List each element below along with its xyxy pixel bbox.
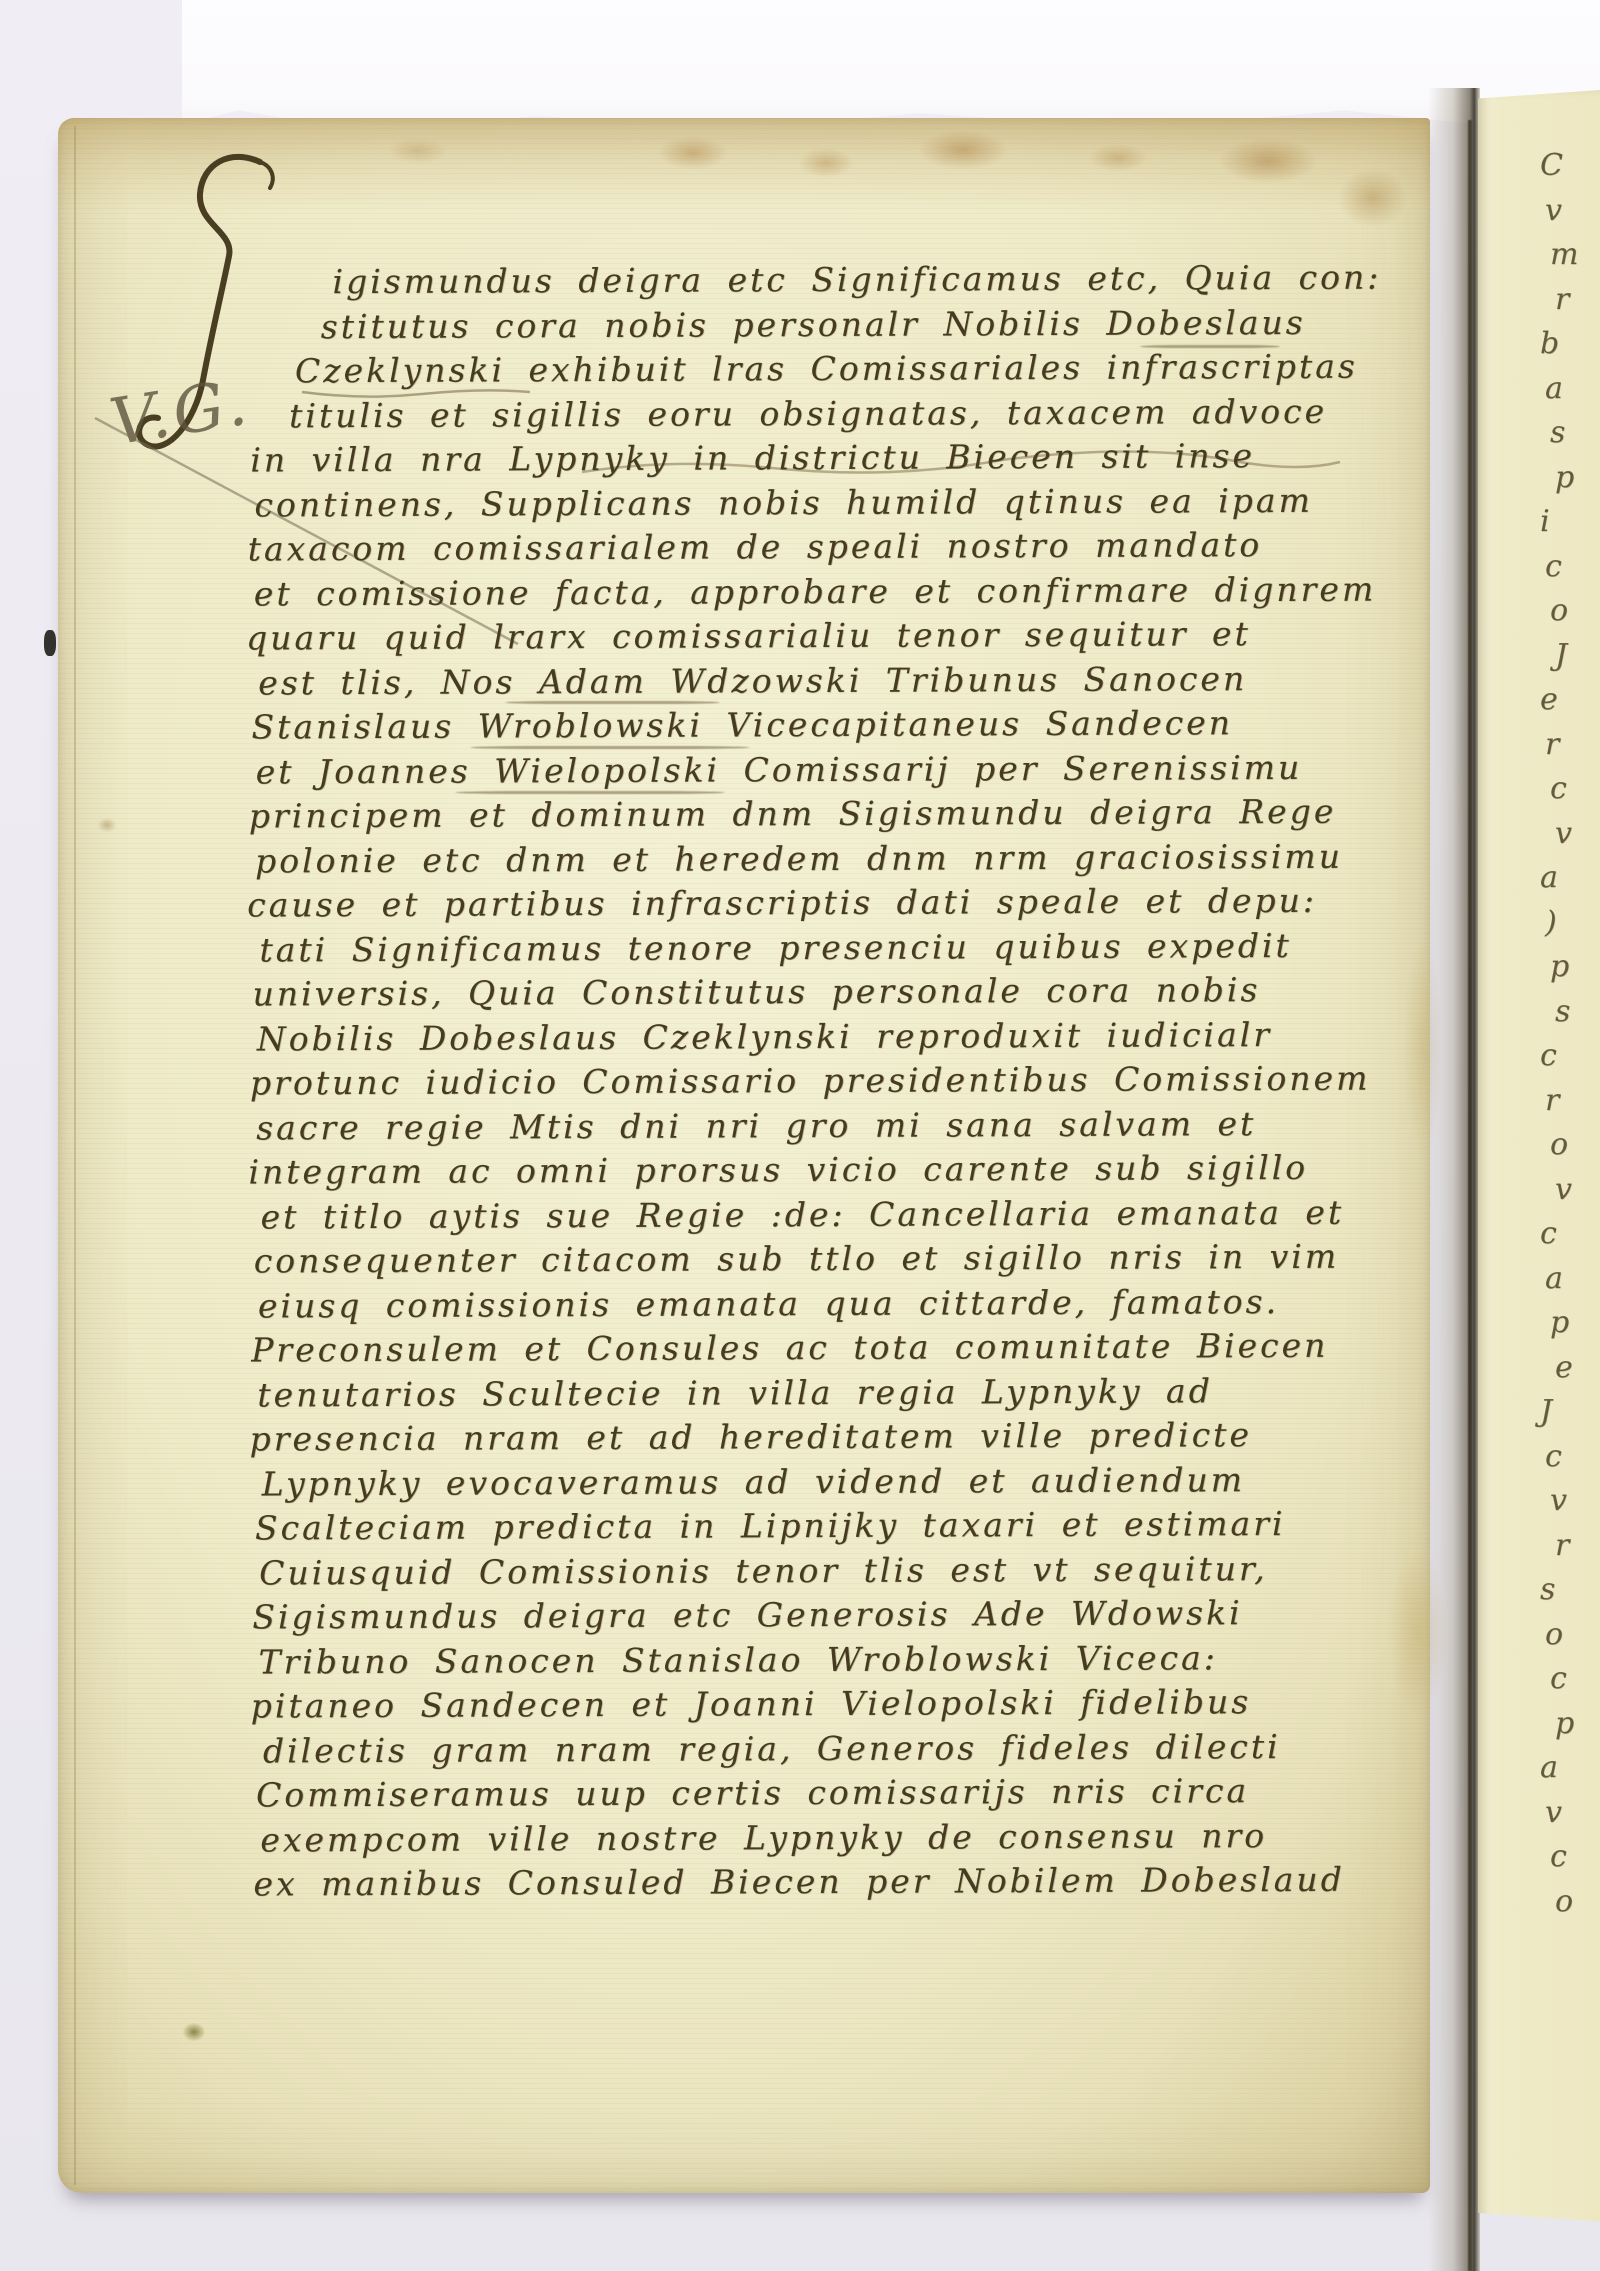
- facing-page-fragment: c: [1545, 1439, 1562, 1474]
- facing-page-fragment: p: [1555, 1706, 1574, 1741]
- facing-page-fragment: v: [1545, 193, 1562, 228]
- facing-page-fragment: r: [1545, 1083, 1559, 1118]
- facing-page-fragment: o: [1550, 1127, 1568, 1162]
- facing-page-fragment: a: [1545, 371, 1563, 406]
- manuscript-line: integram ac omni prorsus vicio carente s…: [248, 1145, 1408, 1195]
- facing-page-fragment: i: [1540, 504, 1550, 539]
- manuscript-line: tati Significamus tenore presenciu quibu…: [259, 923, 1407, 973]
- facing-page-fragment: m: [1550, 237, 1578, 272]
- manuscript-line: Sigismundus deigra etc Generosis Ade Wdo…: [252, 1590, 1410, 1640]
- manuscript-line: igismundus deigra etc Significamus etc, …: [332, 255, 1404, 304]
- manuscript-line: presencia nram et ad hereditatem ville p…: [249, 1412, 1409, 1462]
- facing-page-fragment: p: [1550, 949, 1569, 984]
- facing-page-fragment: a: [1545, 1261, 1563, 1296]
- facing-page-fragment: r: [1555, 282, 1569, 317]
- facing-page-fragment: o: [1555, 1884, 1573, 1919]
- facing-page-fragment: s: [1550, 415, 1565, 450]
- facing-page-fragment: c: [1550, 1839, 1567, 1874]
- facing-page-fragment: J: [1555, 638, 1567, 673]
- manuscript-line: sacre regie Mtis dni nri gro mi sana sal…: [256, 1101, 1408, 1151]
- manuscript-line: dilectis gram nram regia, Generos fidele…: [263, 1724, 1411, 1774]
- manuscript-text: igismundus deigra etc Significamus etc, …: [244, 255, 1411, 1907]
- manuscript-line: et titlo aytis sue Regie :de: Cancellari…: [260, 1190, 1408, 1240]
- facing-page-fragment: s: [1540, 1572, 1555, 1607]
- facing-page-fragment: v: [1550, 1483, 1567, 1518]
- manuscript-line: exempcom ville nostre Lypnyky de consens…: [260, 1813, 1411, 1863]
- facing-page-fragment: s: [1555, 994, 1570, 1029]
- facing-page-fragment: C: [1540, 148, 1563, 183]
- facing-page-fragment: p: [1550, 1305, 1569, 1340]
- manuscript-line: Tribuno Sanocen Stanislao Wroblowski Vic…: [258, 1635, 1410, 1685]
- facing-page-fragment: a: [1540, 1750, 1558, 1785]
- gutter-crease-line: [1468, 120, 1472, 2271]
- manuscript-line: Nobilis Dobeslaus Czeklynski reproduxit …: [257, 1012, 1408, 1062]
- facing-page-fragment: e: [1555, 1350, 1573, 1385]
- facing-page-fragment: c: [1540, 1038, 1557, 1073]
- manuscript-line: et Joannes Wielopolski Comissarij per Se…: [256, 745, 1407, 795]
- manuscript-line: universis, Quia Constitutus personale co…: [253, 967, 1408, 1017]
- facing-page-fragment: o: [1545, 1617, 1563, 1652]
- manuscript-line: Cuiusquid Comissionis tenor tlis est vt …: [259, 1546, 1410, 1596]
- facing-page-fragment: c: [1545, 549, 1562, 584]
- manuscript-line: in villa nra Lypnyky in districtu Biecen…: [250, 433, 1405, 483]
- facing-page-fragment: ): [1545, 905, 1557, 940]
- facing-page-fragment: r: [1555, 1528, 1569, 1563]
- facing-page-fragment: p: [1555, 460, 1574, 495]
- facing-page-fragment: v: [1545, 1795, 1562, 1830]
- book-gutter: [1428, 88, 1480, 2271]
- facing-page-fragment: b: [1540, 326, 1559, 361]
- manuscript-line: polonie etc dnm et heredem dnm nrm graci…: [255, 834, 1407, 884]
- manuscript-line: Stanislaus Wroblowski Vicecapitaneus San…: [251, 700, 1406, 750]
- manuscript-line: Czeklynski exhibuit lras Comissariales i…: [295, 344, 1405, 393]
- manuscript-line: pitaneo Sandecen et Joanni Vielopolski f…: [251, 1679, 1411, 1729]
- manuscript-line: tenutarios Scultecie in villa regia Lypn…: [257, 1368, 1409, 1418]
- manuscript-line: eiusq comissionis emanata qua cittarde, …: [258, 1279, 1409, 1329]
- facing-page-fragment: c: [1550, 771, 1567, 806]
- manuscript-line: stitutus cora nobis personalr Nobilis Do…: [321, 300, 1405, 349]
- facing-page-fragment: J: [1540, 1394, 1552, 1429]
- manuscript-line: principem et dominum dnm Sigismundu deig…: [249, 789, 1407, 839]
- manuscript-line: Commiseramus uup certis comissarijs nris…: [256, 1768, 1411, 1818]
- stain: [44, 630, 56, 656]
- scanned-manuscript-view: V.G. igismundus deigra etc Significamus …: [0, 0, 1600, 2271]
- facing-page-fragment: c: [1540, 1216, 1557, 1251]
- manuscript-line: Lypnyky evocaveramus ad vidend et audien…: [262, 1457, 1410, 1507]
- facing-page-fragment: a: [1540, 860, 1558, 895]
- manuscript-line: quaru quid lrarx comissarialiu tenor seq…: [246, 611, 1406, 661]
- manuscript-line: taxacom comissarialem de speali nostro m…: [248, 522, 1406, 572]
- manuscript-line: cause et partibus infrascriptis dati spe…: [247, 878, 1407, 928]
- manuscript-line: est tlis, Nos Adam Wdzowski Tribunus San…: [258, 656, 1406, 706]
- facing-page-fragment: c: [1550, 1661, 1567, 1696]
- facing-page-fragment: v: [1555, 816, 1572, 851]
- facing-page-edge: CvmrbaspicoJercva)pscrovcapeJcvrsocpavco: [1478, 90, 1600, 2230]
- manuscript-line: titulis et sigillis eoru obsignatas, tax…: [289, 389, 1405, 438]
- manuscript-line: ex manibus Consuled Biecen per Nobilem D…: [253, 1857, 1411, 1907]
- facing-page-fragment: e: [1540, 682, 1558, 717]
- manuscript-line: et comissione facta, approbare et confir…: [254, 567, 1406, 617]
- facing-page-fragment: o: [1550, 593, 1568, 628]
- manuscript-line: protunc iudicio Comissario presidentibus…: [250, 1056, 1408, 1106]
- manuscript-line: continens, Supplicans nobis humild qtinu…: [254, 478, 1405, 528]
- manuscript-line: Preconsulem et Consules ac tota comunita…: [251, 1323, 1409, 1373]
- facing-page-fragment: r: [1545, 727, 1559, 762]
- manuscript-line: consequenter citacom sub ttlo et sigillo…: [254, 1234, 1409, 1284]
- manuscript-line: Scalteciam predicta in Lipnijky taxari e…: [255, 1501, 1410, 1551]
- facing-page-fragment: v: [1555, 1172, 1572, 1207]
